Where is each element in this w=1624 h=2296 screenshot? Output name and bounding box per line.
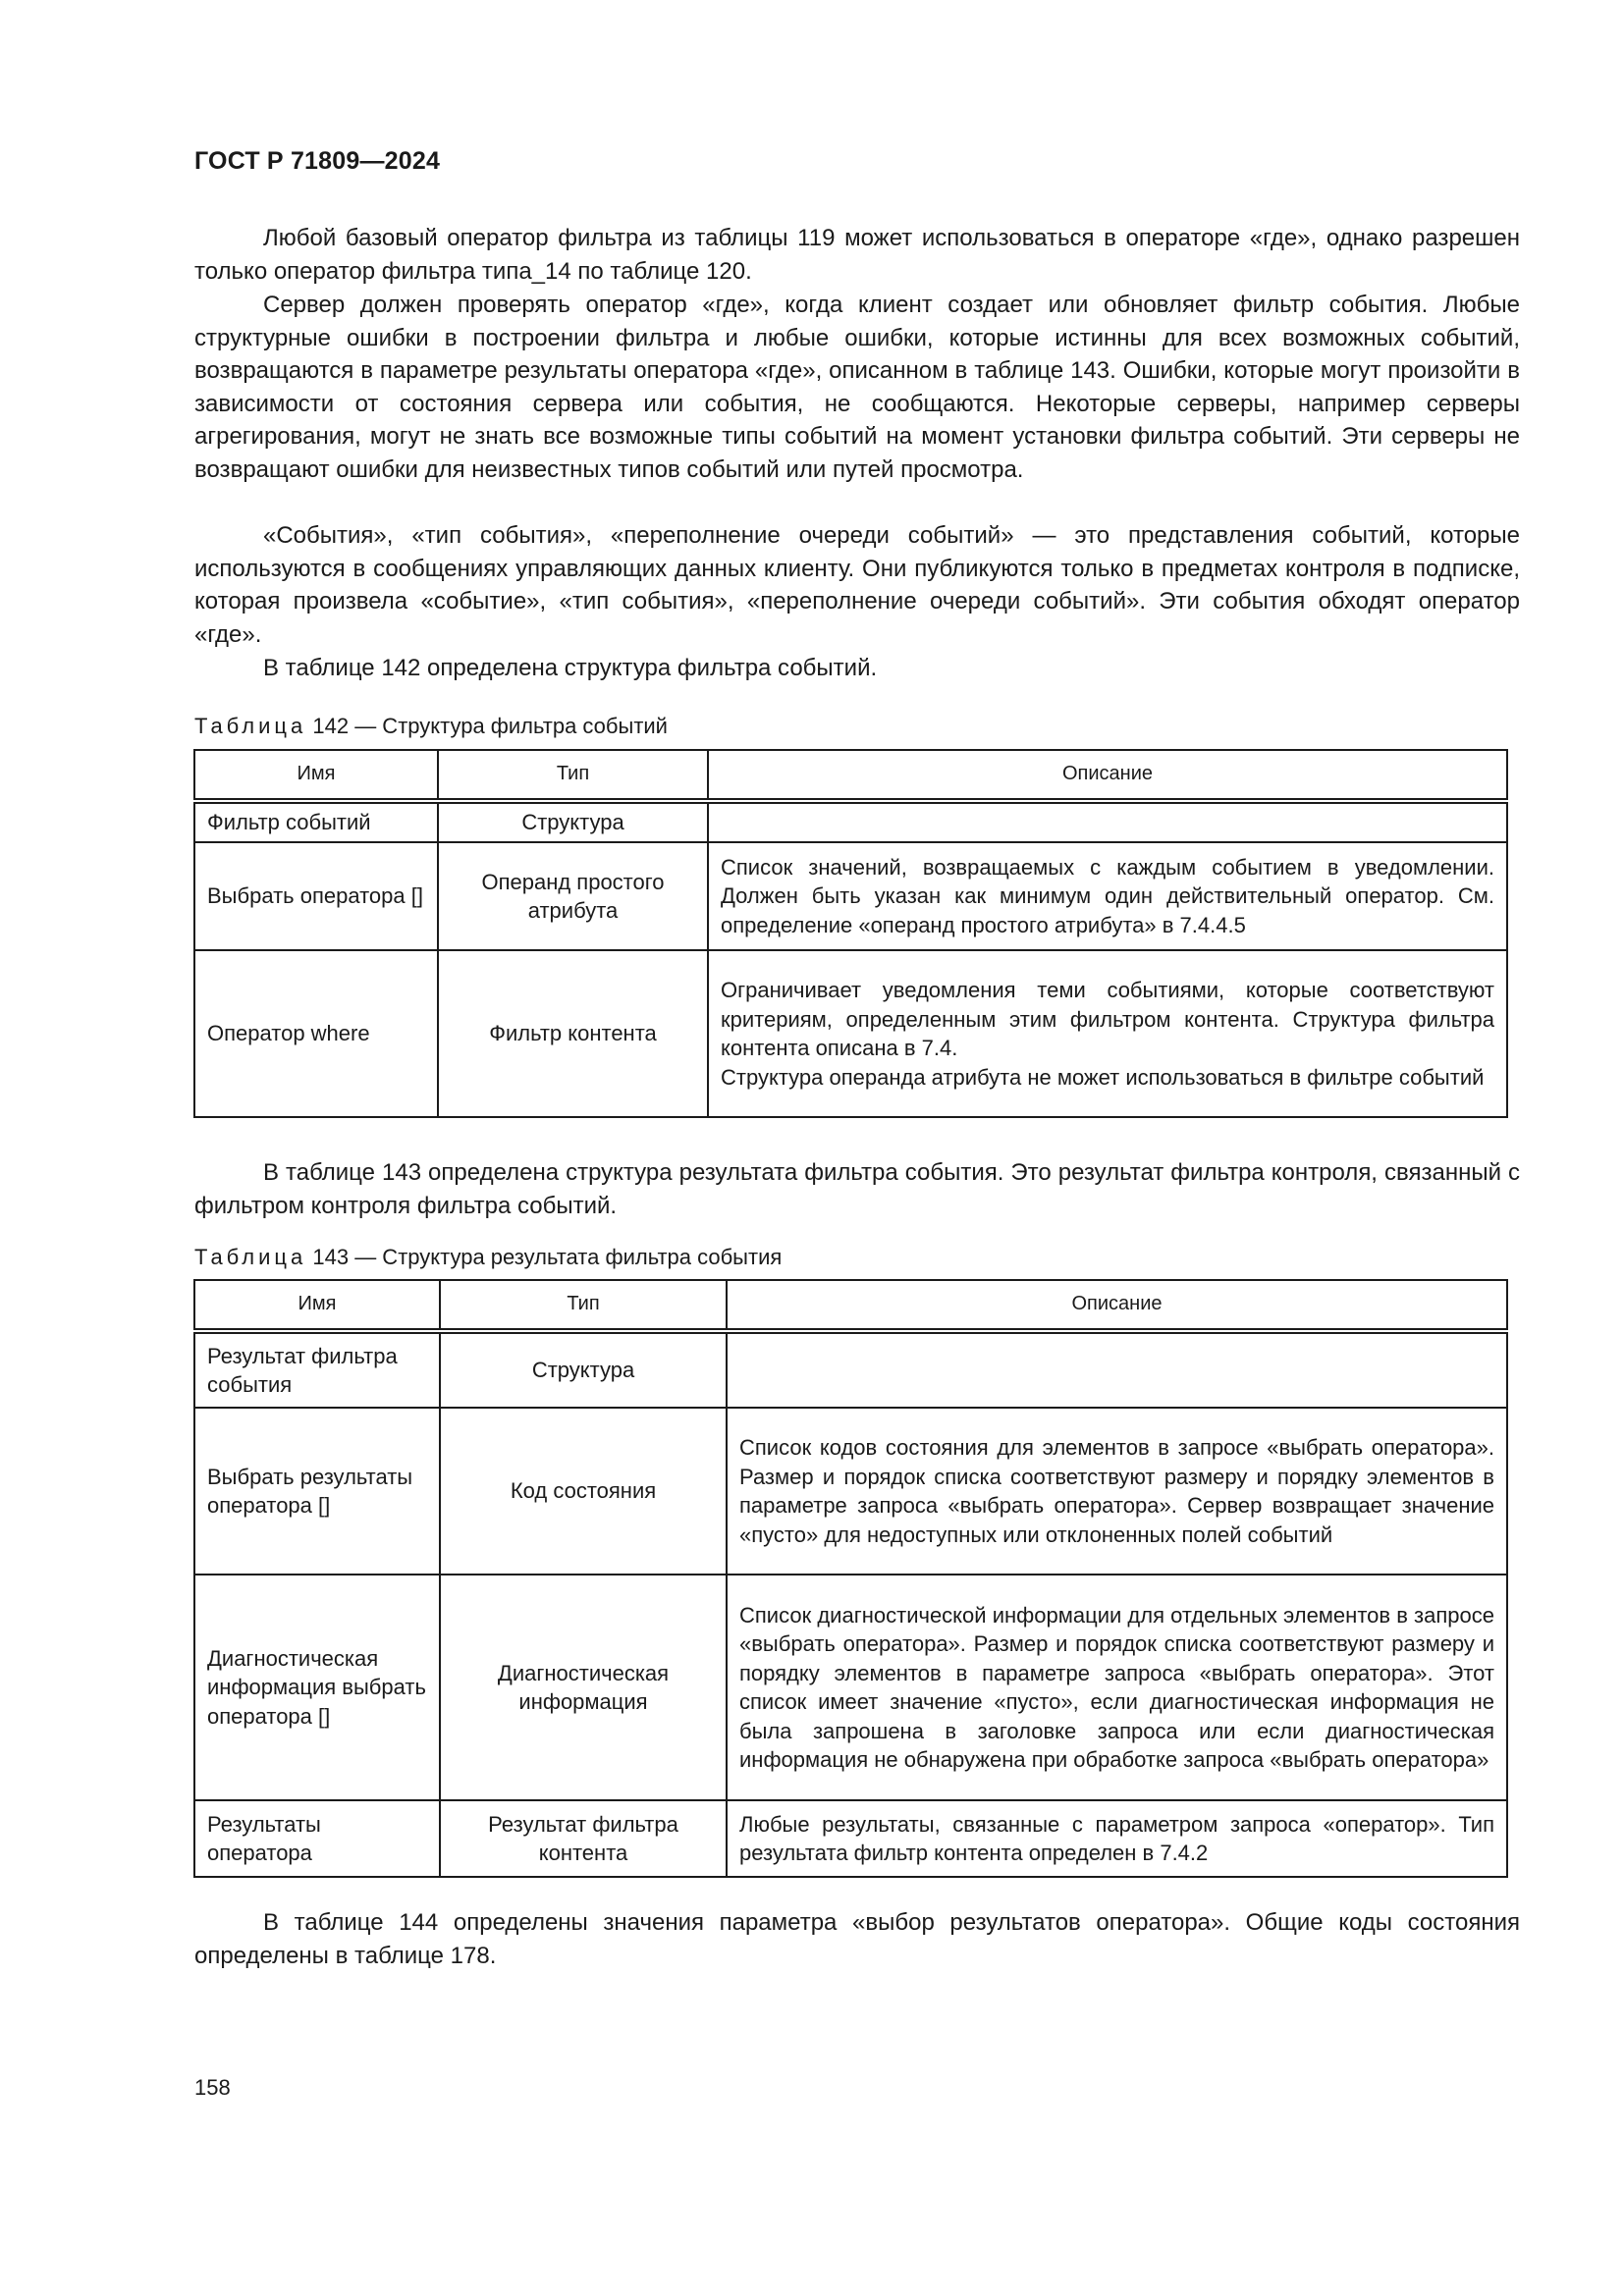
cell-type: Диагностическая информация (440, 1575, 727, 1800)
cell-description: Список кодов состояния для элементов в з… (727, 1408, 1507, 1575)
cell-type: Фильтр контента (438, 950, 708, 1117)
caption-prefix: Таблица (194, 714, 306, 738)
paragraph-event-representations: «События», «тип события», «переполнение … (194, 519, 1520, 651)
column-header-description: Описание (727, 1280, 1507, 1331)
cell-description (708, 801, 1507, 842)
cell-name: Выбрать результаты оператора [] (194, 1408, 440, 1575)
paragraph-table142-intro: В таблице 142 определена структура фильт… (194, 652, 1520, 685)
cell-description: Список диагностической информации для от… (727, 1575, 1507, 1800)
paragraph-filter-operator: Любой базовый оператор фильтра из таблиц… (194, 222, 1520, 288)
cell-name: Выбрать оператора [] (194, 842, 438, 950)
cell-type: Код состояния (440, 1408, 727, 1575)
table-143: Имя Тип Описание Результат фильтра событ… (193, 1279, 1508, 1878)
cell-name: Результаты оператора (194, 1800, 440, 1877)
paragraph-table144-intro: В таблице 144 определены значения параме… (194, 1906, 1520, 1972)
cell-description (727, 1331, 1507, 1408)
column-header-name: Имя (194, 750, 438, 801)
cell-type: Структура (440, 1331, 727, 1408)
description-text: Ограничивает уведомления теми событиями,… (721, 976, 1494, 1063)
caption-title: 143 — Структура результата фильтра событ… (306, 1245, 782, 1269)
table-142: Имя Тип Описание Фильтр событий Структур… (193, 749, 1508, 1118)
table-row: Выбрать результаты оператора [] Код сост… (194, 1408, 1507, 1575)
column-header-type: Тип (438, 750, 708, 801)
cell-name: Оператор where (194, 950, 438, 1117)
paragraph-table143-intro: В таблице 143 определена структура резул… (194, 1156, 1520, 1222)
table142-caption: Таблица 142 — Структура фильтра событий (194, 714, 668, 739)
caption-prefix: Таблица (194, 1245, 306, 1269)
table-row: Результат фильтра события Структура (194, 1331, 1507, 1408)
table-header-row: Имя Тип Описание (194, 750, 1507, 801)
cell-name: Результат фильтра события (194, 1331, 440, 1408)
table-row: Оператор where Фильтр контента Ограничив… (194, 950, 1507, 1117)
column-header-name: Имя (194, 1280, 440, 1331)
cell-description: Ограничивает уведомления теми событиями,… (708, 950, 1507, 1117)
paragraph-server-check: Сервер должен проверять оператор «где», … (194, 289, 1520, 486)
table143-caption: Таблица 143 — Структура результата фильт… (194, 1245, 782, 1270)
cell-name: Диагностическая информация выбрать опера… (194, 1575, 440, 1800)
cell-description: Список значений, возвращаемых с каждым с… (708, 842, 1507, 950)
description-note: Структура операнда атрибута не может исп… (721, 1063, 1494, 1093)
column-header-description: Описание (708, 750, 1507, 801)
cell-description: Любые результаты, связанные с параметром… (727, 1800, 1507, 1877)
cell-type: Операнд простого атрибута (438, 842, 708, 950)
cell-name: Фильтр событий (194, 801, 438, 842)
table-row: Результаты оператора Результат фильтра к… (194, 1800, 1507, 1877)
column-header-type: Тип (440, 1280, 727, 1331)
page-number: 158 (194, 2075, 231, 2101)
table-row: Диагностическая информация выбрать опера… (194, 1575, 1507, 1800)
table-header-row: Имя Тип Описание (194, 1280, 1507, 1331)
table-row: Выбрать оператора [] Операнд простого ат… (194, 842, 1507, 950)
cell-type: Результат фильтра контента (440, 1800, 727, 1877)
caption-title: 142 — Структура фильтра событий (306, 714, 668, 738)
table-row: Фильтр событий Структура (194, 801, 1507, 842)
cell-type: Структура (438, 801, 708, 842)
document-standard-id: ГОСТ Р 71809—2024 (194, 147, 440, 176)
